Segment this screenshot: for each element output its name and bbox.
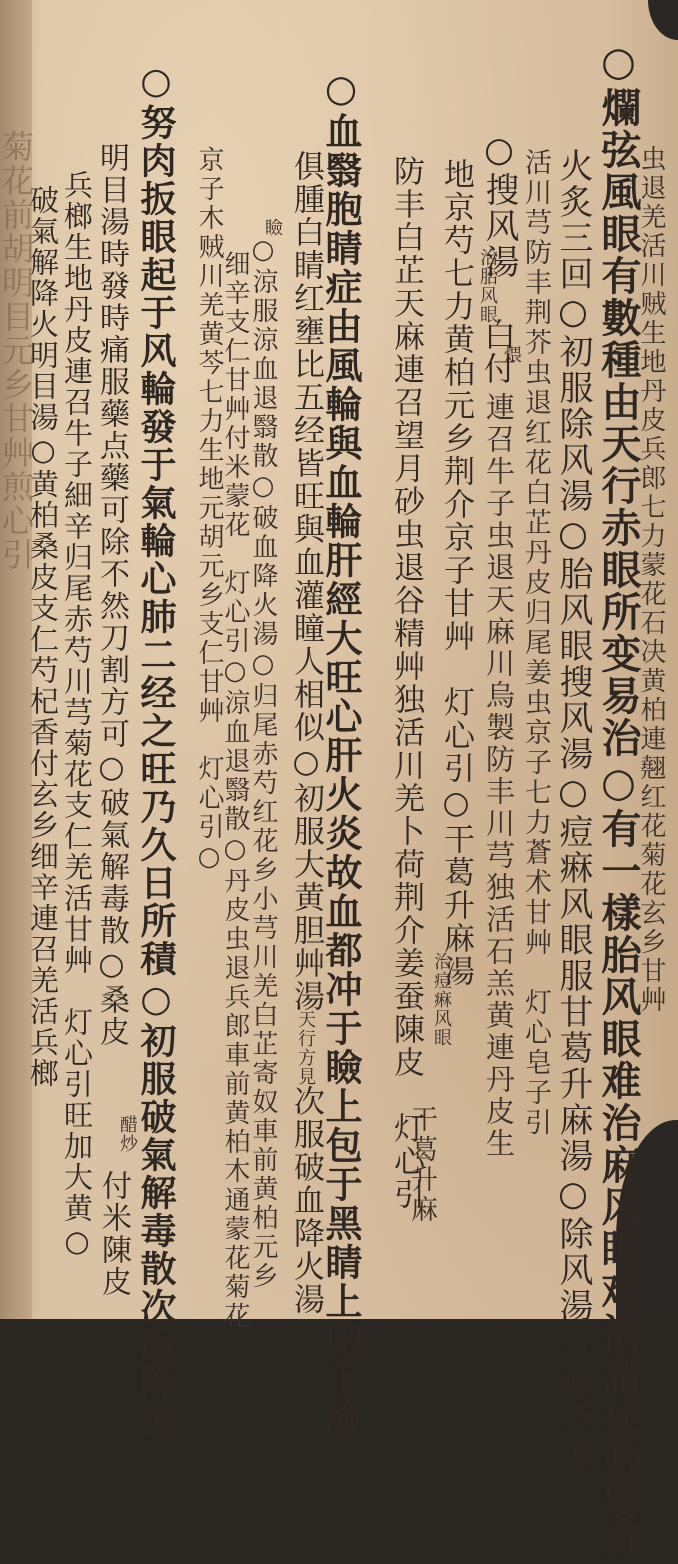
column-12-tail: 付米陳皮 (98, 1170, 128, 1298)
column-3-note: 治胎风眼 (478, 248, 496, 324)
column-1-ingredients: 虫退羌活川贼生地丹皮兵郎七力蒙花石决黄柏連翹红花菊花玄乡甘艸 (638, 145, 664, 1015)
column-3-ingredients: 連召牛子虫退天麻川烏製防丰川芎独活石羔黄連丹皮生 (484, 392, 513, 1160)
column-heading-nurou-banyan: ○努肉扳眼起于风輪發于氣輪心肺二经之旺乃久日所積○初服破氣解毒散次服降火 (138, 60, 174, 1319)
column-12-text: 明目湯時發時痛服藥点藥可除不然刀割方可○破氣解毒散○桑皮 (96, 142, 126, 1048)
column-12-note: 醋炒 (118, 1115, 136, 1153)
column-3-herb-note: 煨 (502, 345, 520, 364)
column-heading-lanxian-fengyan: ○爛弦風眼有數種由天行赤眼所变易治○有一樣胎风眼难治麻风眼难治諸症必要灯 (598, 38, 638, 1319)
manuscript-page: ○爛弦風眼有數種由天行赤眼所变易治○有一樣胎风眼难治麻风眼难治諸症必要灯 虫退羌… (0, 0, 678, 1319)
column-8-text: ○涼服涼血退翳散○破血降火湯○归尾赤芍红花乡小芎川羌白芷寄奴車前黄柏元乡 (250, 235, 276, 1291)
column-7-text: 俱腫白睛红壅比五经皆旺與血灌瞳人相似○初服大黄胆艸湯 (290, 150, 321, 1013)
column-4-text: 地京芍七力黄柏元乡荆介京子甘艸 灯心引○干葛升麻湯 (440, 158, 471, 988)
column-2-ingredients: 活川芎防丰荆芥虫退红花白芷丹皮归尾姜虫京子七力蒼术甘艸 灯心皂子引 (522, 148, 549, 1138)
column-10-text: 京子木贼川羌黄芩七力生地元胡元乡支仁甘艸 灯心引○ (196, 146, 222, 875)
column-4-note: 治痘痳风眼 (432, 952, 450, 1047)
column-heading-xueyi-baojing: ○血翳胞睛症由風輪與血輪肝經大旺心肝火炎故血都冲于瞼上包于黑睛上胞下瞼 (322, 66, 359, 1319)
column-13-text: 兵榔生地丹皮連召牛子細辛归尾赤芍川芎菊花支仁羌活甘艸 灯心引旺加大黄○ (62, 170, 91, 1260)
column-7-tail: 次服破血降火湯 (290, 1085, 321, 1316)
page-torn-corner-top (648, 0, 678, 40)
column-5-text: 防丰白芷天麻連召望月砂虫退谷精艸独活川羌卜荷荆介姜蚕陳皮 灯心引 (390, 155, 421, 1211)
column-7-note: 天行方見 (296, 1010, 314, 1086)
column-15-bleedthrough: 菊花前胡明目元乡甘艸煎心引 (0, 130, 32, 572)
column-9-text: 细辛支仁甘艸付米蒙花 灯心引○涼血退翳散○丹皮虫退兵郎車前黄柏木通蒙花菊花 (222, 250, 248, 1319)
column-2-text: 火炙三回○初服除风湯○胎风眼搜风湯○痘痳风眼服甘葛升麻湯○除风湯○独活羌 (556, 148, 590, 1319)
